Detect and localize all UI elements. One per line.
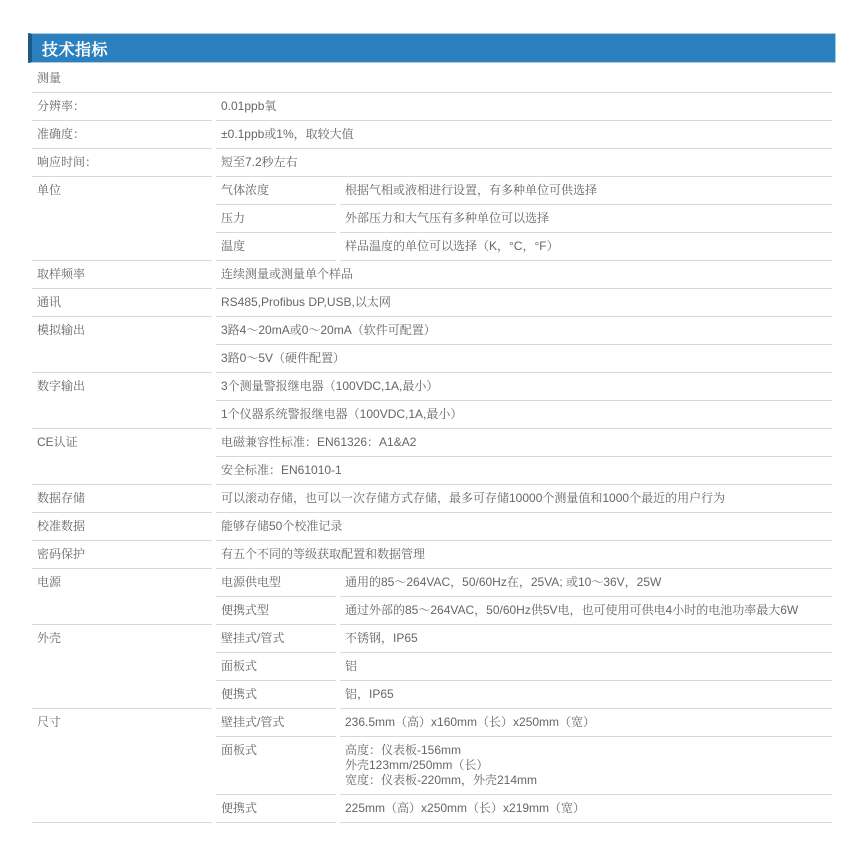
spec-subtype-cell: 气体浓度: [216, 177, 336, 205]
section-title-bar: 技术指标: [28, 33, 836, 63]
spec-value-cell: 电磁兼容性标准：EN61326：A1&A2: [216, 429, 832, 457]
spec-label-cell: 密码保护: [32, 541, 212, 569]
spec-value-line: 外壳123mm/250mm（长）: [345, 758, 827, 773]
spec-value-cell: 1个仪器系统警报继电器（100VDC,1A,最小）: [216, 401, 832, 429]
spec-value-line: 高度：仪表板-156mm: [345, 743, 827, 758]
spec-value-cell: 高度：仪表板-156mm外壳123mm/250mm（长）宽度：仪表板-220mm…: [340, 737, 832, 795]
spec-value-cell: 0.01ppb氧: [216, 93, 832, 121]
spec-label-cell: 分辨率：: [32, 93, 212, 121]
spec-row: 通讯RS485,Profibus DP,USB,以太网: [32, 289, 832, 317]
spec-subtype-cell: 面板式: [216, 653, 336, 681]
spec-value-cell: 样品温度的单位可以选择（K，°C，°F）: [340, 233, 832, 261]
spec-label-cell: 取样频率: [32, 261, 212, 289]
spec-value-cell: 有五个不同的等级获取配置和数据管理: [216, 541, 832, 569]
spec-row: 响应时间：短至7.2秒左右: [32, 149, 832, 177]
spec-label-cell: 尺寸: [32, 709, 212, 823]
spec-row: 准确度：±0.1ppb或1%，取较大值: [32, 121, 832, 149]
spec-value-cell: 外部压力和大气压有多种单位可以选择: [340, 205, 832, 233]
spec-row: 电源电源供电型通用的85～264VAC，50/60Hz在，25VA; 或10～3…: [32, 569, 832, 597]
spec-value-cell: 通过外部的85～264VAC，50/60Hz供5V电，也可使用可供电4小时的电池…: [340, 597, 832, 625]
spec-value-cell: 通用的85～264VAC，50/60Hz在，25VA; 或10～36V，25W: [340, 569, 832, 597]
spec-value-cell: 铝: [340, 653, 832, 681]
spec-label-cell: 响应时间：: [32, 149, 212, 177]
spec-table: 测量分辨率：0.01ppb氧准确度：±0.1ppb或1%，取较大值响应时间：短至…: [28, 65, 836, 823]
spec-row: 分辨率：0.01ppb氧: [32, 93, 832, 121]
spec-row: 数据存储可以滚动存储，也可以一次存储方式存储，最多可存储10000个测量值和10…: [32, 485, 832, 513]
spec-subtype-cell: 电源供电型: [216, 569, 336, 597]
spec-value-cell: 连续测量或测量单个样品: [216, 261, 832, 289]
spec-subtype-cell: 壁挂式/管式: [216, 709, 336, 737]
spec-row: 单位气体浓度根据气相或液相进行设置，有多种单位可供选择: [32, 177, 832, 205]
spec-label-cell: CE认证: [32, 429, 212, 485]
spec-value-cell: 3路4～20mA或0～20mA（软件可配置）: [216, 317, 832, 345]
spec-section-label: 测量: [32, 65, 832, 93]
spec-value-cell: 3个测量警报继电器（100VDC,1A,最小）: [216, 373, 832, 401]
spec-row: CE认证电磁兼容性标准：EN61326：A1&A2: [32, 429, 832, 457]
spec-value-cell: ±0.1ppb或1%，取较大值: [216, 121, 832, 149]
spec-row: 数字输出3个测量警报继电器（100VDC,1A,最小）: [32, 373, 832, 401]
spec-label-cell: 电源: [32, 569, 212, 625]
spec-label-cell: 数字输出: [32, 373, 212, 429]
spec-row: 外壳壁挂式/管式不锈钢，IP65: [32, 625, 832, 653]
spec-label-cell: 外壳: [32, 625, 212, 709]
spec-row: 尺寸壁挂式/管式236.5mm（高）x160mm（长）x250mm（宽）: [32, 709, 832, 737]
spec-value-cell: 安全标准：EN61010-1: [216, 457, 832, 485]
spec-value-cell: RS485,Profibus DP,USB,以太网: [216, 289, 832, 317]
spec-value-cell: 可以滚动存储，也可以一次存储方式存储，最多可存储10000个测量值和1000个最…: [216, 485, 832, 513]
spec-page: 技术指标 测量分辨率：0.01ppb氧准确度：±0.1ppb或1%，取较大值响应…: [28, 33, 836, 823]
spec-label-cell: 数据存储: [32, 485, 212, 513]
spec-row: 密码保护有五个不同的等级获取配置和数据管理: [32, 541, 832, 569]
spec-value-cell: 能够存储50个校准记录: [216, 513, 832, 541]
spec-subtype-cell: 面板式: [216, 737, 336, 795]
spec-value-cell: 不锈钢，IP65: [340, 625, 832, 653]
spec-label-cell: 通讯: [32, 289, 212, 317]
spec-value-cell: 铝，IP65: [340, 681, 832, 709]
spec-value-cell: 225mm（高）x250mm（长）x219mm（宽）: [340, 795, 832, 823]
spec-value-cell: 3路0～5V（硬件配置）: [216, 345, 832, 373]
spec-label-cell: 模拟输出: [32, 317, 212, 373]
spec-value-cell: 根据气相或液相进行设置，有多种单位可供选择: [340, 177, 832, 205]
spec-label-cell: 校准数据: [32, 513, 212, 541]
spec-table-body: 测量分辨率：0.01ppb氧准确度：±0.1ppb或1%，取较大值响应时间：短至…: [32, 65, 832, 823]
spec-subtype-cell: 便携式: [216, 795, 336, 823]
spec-subtype-cell: 温度: [216, 233, 336, 261]
spec-row: 取样频率连续测量或测量单个样品: [32, 261, 832, 289]
spec-value-cell: 236.5mm（高）x160mm（长）x250mm（宽）: [340, 709, 832, 737]
spec-label-cell: 单位: [32, 177, 212, 261]
spec-value-cell: 短至7.2秒左右: [216, 149, 832, 177]
spec-subtype-cell: 便携式型: [216, 597, 336, 625]
spec-subtype-cell: 便携式: [216, 681, 336, 709]
spec-value-line: 宽度：仪表板-220mm，外壳214mm: [345, 773, 827, 788]
spec-row: 模拟输出3路4～20mA或0～20mA（软件可配置）: [32, 317, 832, 345]
spec-label-cell: 准确度：: [32, 121, 212, 149]
section-title: 技术指标: [42, 37, 108, 60]
spec-row: 校准数据能够存储50个校准记录: [32, 513, 832, 541]
spec-section-row: 测量: [32, 65, 832, 93]
spec-subtype-cell: 壁挂式/管式: [216, 625, 336, 653]
spec-subtype-cell: 压力: [216, 205, 336, 233]
